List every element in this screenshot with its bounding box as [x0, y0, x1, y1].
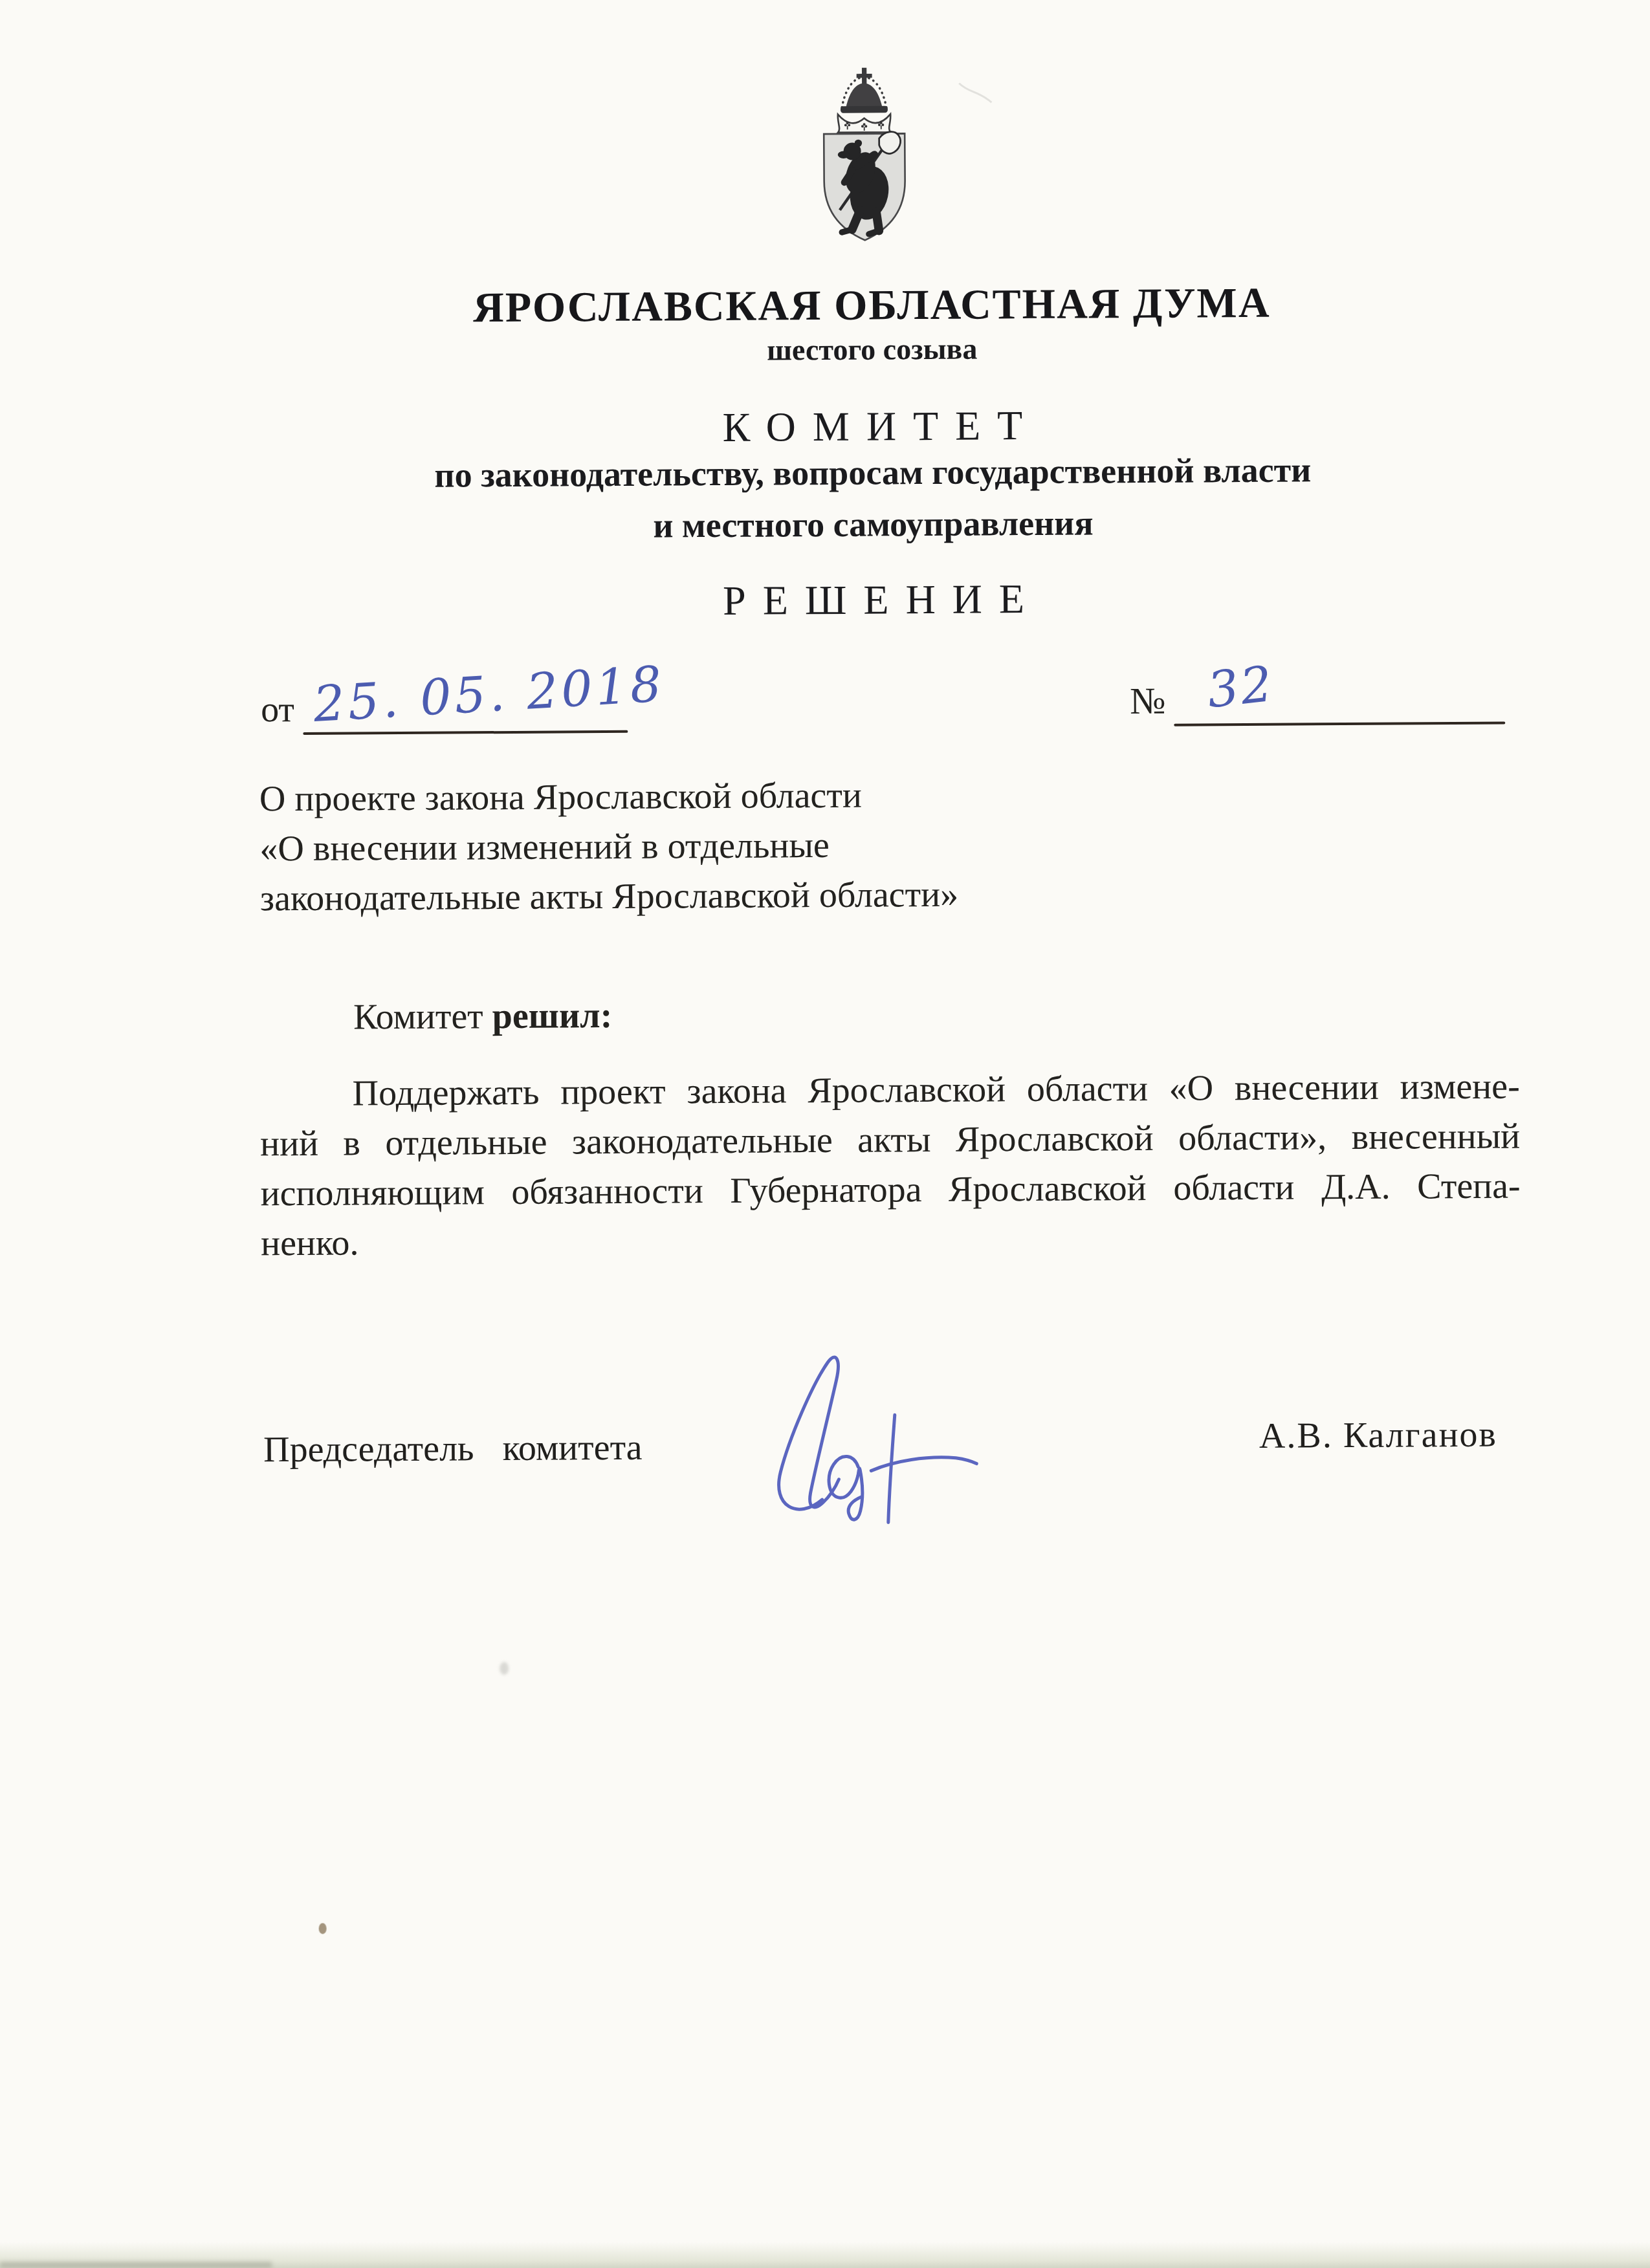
subject-line-3: законодательные акты Ярославской области… — [260, 870, 959, 924]
crown-icon — [846, 83, 882, 107]
scan-artifact — [952, 76, 998, 109]
committee-subtitle-line-2: и местного самоуправления — [98, 502, 1647, 547]
date-underline — [303, 730, 628, 735]
scanned-document-page: ЯРОСЛАВСКАЯ ОБЛАСТНАЯ ДУМА шестого созыв… — [0, 0, 1650, 2268]
committee-subtitle-line-1: по законодательству, вопросам государств… — [98, 450, 1647, 495]
body-line-2: ний в отдельные законодательные акты Яро… — [260, 1111, 1520, 1169]
number-label: № — [1130, 682, 1166, 720]
number-underline — [1174, 722, 1505, 726]
handwritten-signature-icon — [724, 1338, 1004, 1534]
convocation: шестого созыва — [98, 330, 1647, 369]
resolved-intro: Комитет решил: — [353, 998, 613, 1035]
subject-line-1: О проекте закона Ярославской области — [259, 771, 862, 825]
body-line-3: исполняющим обязанности Губернатора Ярос… — [260, 1161, 1520, 1219]
signature-title: Председатель комитета — [263, 1430, 643, 1468]
handwritten-date: 25. 05. 2018 — [312, 659, 666, 729]
yaroslavl-coat-of-arms-icon — [817, 66, 912, 245]
scan-speck — [500, 1662, 509, 1675]
scan-speck — [319, 1923, 327, 1934]
subject-line-2: «О внесении изменений в отдельные — [259, 821, 830, 874]
date-label: от — [261, 692, 294, 728]
body-line-4: ненко. — [261, 1211, 1521, 1269]
body-line-1: Поддержать проект закона Ярославской обл… — [260, 1062, 1520, 1119]
scan-edge-shadow — [0, 2262, 272, 2268]
resolved-intro-normal: Комитет — [353, 996, 483, 1037]
org-name: ЯРОСЛАВСКАЯ ОБЛАСТНАЯ ДУМА — [97, 279, 1646, 332]
poleaxe-blade-icon — [879, 132, 901, 154]
handwritten-number: 32 — [1205, 659, 1276, 715]
committee-title: КОМИТЕТ — [98, 401, 1647, 452]
doc-type-title: РЕШЕНИЕ — [99, 574, 1648, 626]
signature-name: А.В. Калганов — [1259, 1417, 1497, 1454]
resolved-intro-bold: решил: — [492, 996, 613, 1036]
